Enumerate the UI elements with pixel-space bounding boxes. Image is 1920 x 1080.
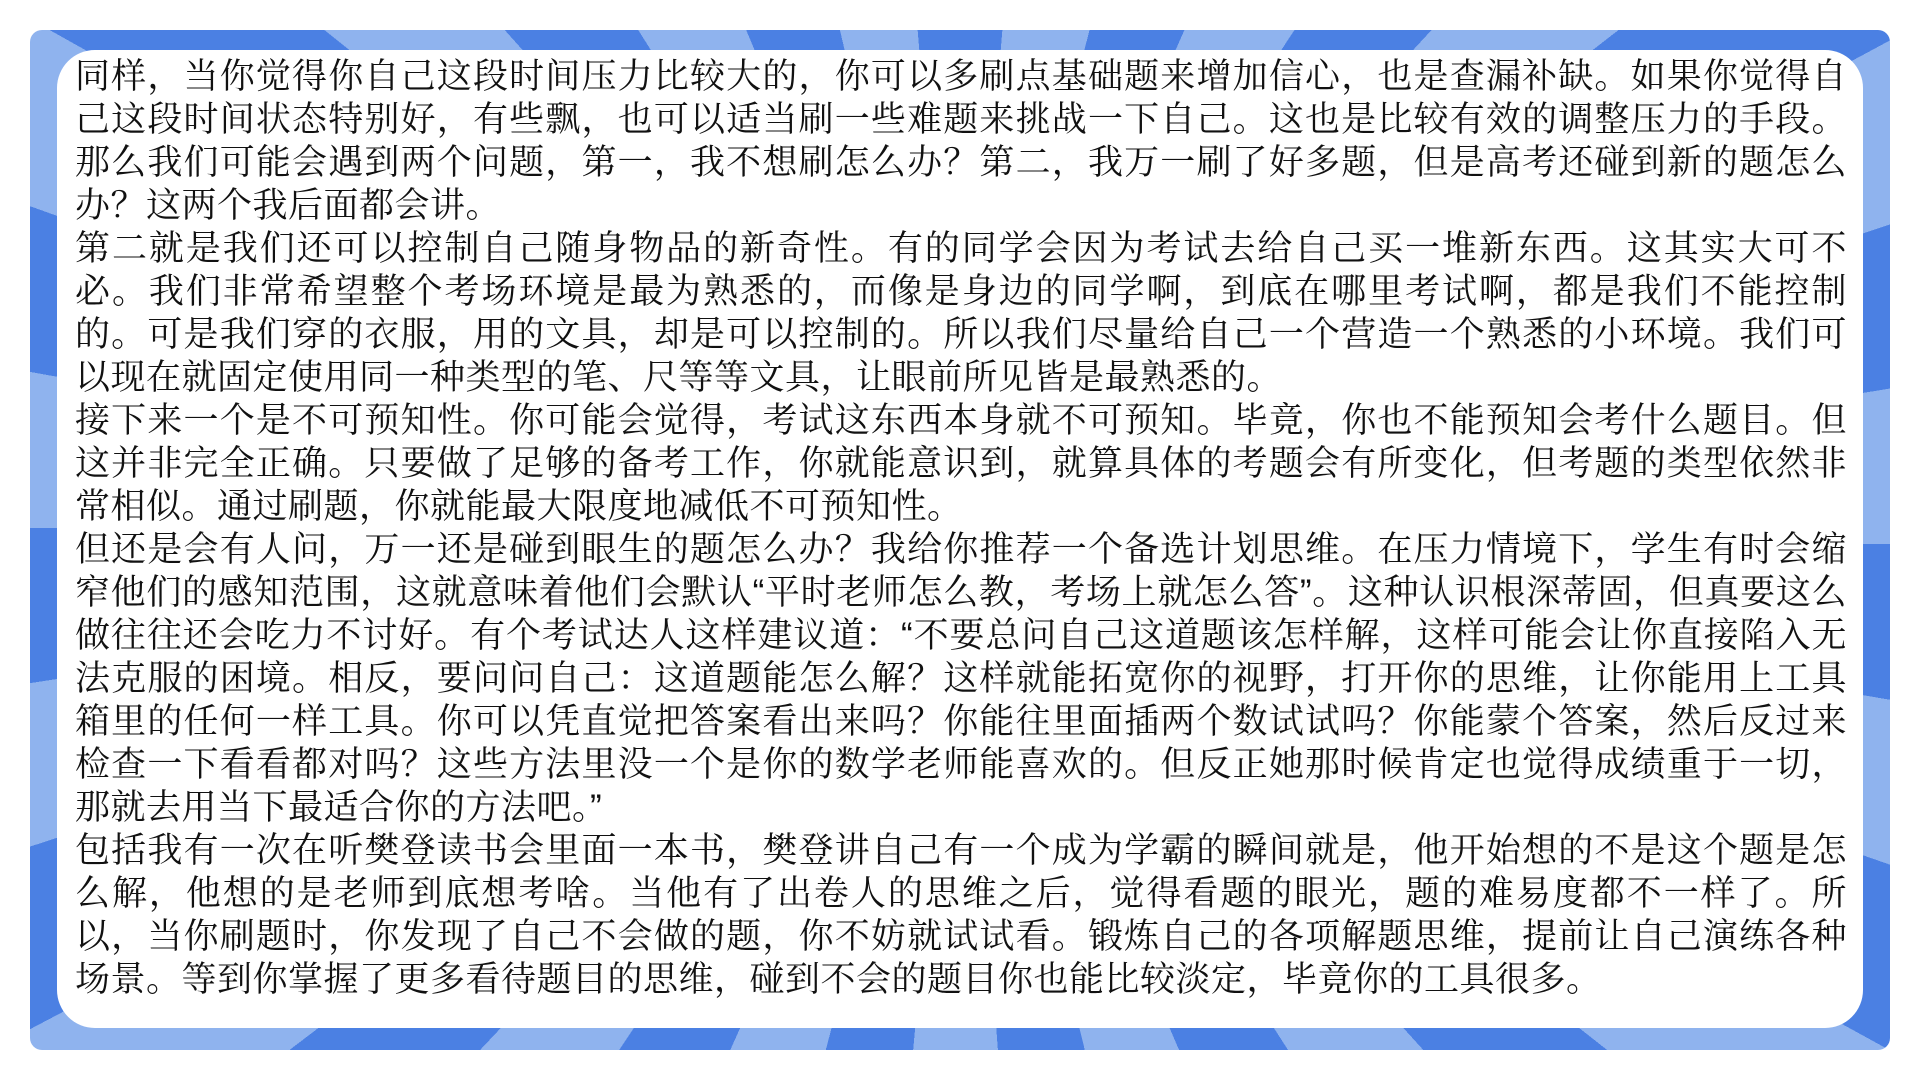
paragraph-1: 同样，当你觉得你自己这段时间压力比较大的，你可以多刷点基础题来增加信心，也是查漏… [75, 55, 1847, 227]
paragraph-4: 但还是会有人问，万一还是碰到眼生的题怎么办？我给你推荐一个备选计划思维。在压力情… [75, 528, 1847, 829]
paragraph-2: 第二就是我们还可以控制自己随身物品的新奇性。有的同学会因为考试去给自己买一堆新东… [75, 227, 1847, 399]
text-card: 同样，当你觉得你自己这段时间压力比较大的，你可以多刷点基础题来增加信心，也是查漏… [57, 50, 1863, 1028]
paragraph-3: 接下来一个是不可预知性。你可能会觉得，考试这东西本身就不可预知。毕竟，你也不能预… [75, 399, 1847, 528]
article-text: 同样，当你觉得你自己这段时间压力比较大的，你可以多刷点基础题来增加信心，也是查漏… [75, 55, 1847, 1001]
page-background: 同样，当你觉得你自己这段时间压力比较大的，你可以多刷点基础题来增加信心，也是查漏… [0, 0, 1920, 1080]
paragraph-5: 包括我有一次在听樊登读书会里面一本书，樊登讲自己有一个成为学霸的瞬间就是，他开始… [75, 829, 1847, 1001]
